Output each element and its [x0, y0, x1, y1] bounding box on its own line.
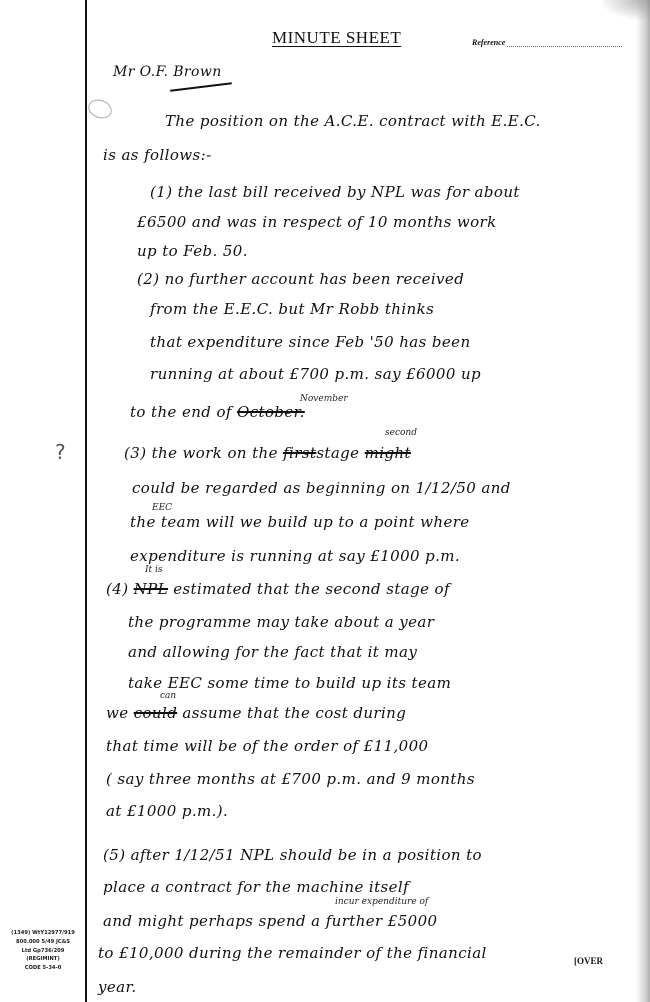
scan-edge-shading: [636, 0, 650, 1002]
insertion-incur-expenditure: incur expenditure of: [335, 897, 428, 907]
item-2-line-3: that expenditure since Feb '50 has been: [150, 333, 471, 351]
item-3: (3) the work on the firststage might: [124, 444, 411, 462]
struck-word: October.: [237, 403, 305, 421]
item-2: (2) no further account has been received: [137, 270, 464, 288]
insertion-second: second: [385, 428, 417, 438]
item-4-line-8: at £1000 p.m.).: [106, 802, 228, 820]
insertion-it-is: It is: [145, 565, 163, 575]
circle-mark: [86, 96, 115, 121]
item-number: (5): [103, 846, 125, 864]
item-1-line-3: up to Feb. 50.: [137, 242, 248, 260]
item-2-line-4: running at about £700 p.m. say £6000 up: [150, 365, 481, 383]
item-5-line-2: place a contract for the machine itself: [103, 878, 409, 896]
addressee: Mr O.F. Brown: [113, 64, 222, 80]
item-4-line-7: ( say three months at £700 p.m. and 9 mo…: [106, 770, 475, 788]
item-2-line-5: to the end of October.: [130, 403, 305, 421]
item-3-line-4: expenditure is running at say £1000 p.m.: [130, 547, 460, 565]
addressee-underline: [170, 82, 232, 92]
item-1-line-2: £6500 and was in respect of 10 months wo…: [137, 213, 497, 231]
item-number: (3): [124, 444, 146, 462]
margin-rule: [85, 0, 87, 1002]
insertion-november: November: [300, 394, 348, 404]
item-5-line-4: to £10,000 during the remainder of the f…: [98, 944, 487, 962]
margin-question-mark: ?: [55, 440, 66, 464]
insertion-can: can: [160, 691, 176, 701]
item-5-line-3: and might perhaps spend a further £5000: [103, 912, 438, 930]
reference-label: Reference: [472, 38, 505, 47]
item-4-line-5: we could assume that the cost during: [106, 704, 406, 722]
item-4-line-4: take EEC some time to build up its team: [128, 674, 451, 692]
item-3-line-3: the team will we build up to a point whe…: [130, 513, 470, 531]
intro-line-2: is as follows:-: [103, 146, 212, 164]
minute-sheet: MINUTE SHEET Reference Mr O.F. Brown The…: [0, 0, 650, 1002]
item-4-line-3: and allowing for the fact that it may: [128, 643, 417, 661]
item-1: (1) the last bill received by NPL was fo…: [150, 183, 520, 201]
item-number: (2): [137, 270, 159, 288]
reference-field: Reference: [472, 38, 622, 47]
over-label: [OVER: [574, 956, 603, 966]
item-2-line-2: from the E.E.C. but Mr Robb thinks: [150, 300, 434, 318]
insertion-eec: EEC: [152, 503, 172, 513]
item-4: (4) NPL estimated that the second stage …: [106, 580, 450, 598]
item-5-line-5: year.: [98, 978, 137, 996]
item-3-line-2: could be regarded as beginning on 1/12/5…: [132, 479, 511, 497]
item-4-line-2: the programme may take about a year: [128, 613, 434, 631]
printer-code: (1349) WtY12977/919 800.000 5/49 JC&S Lt…: [4, 929, 82, 973]
item-5: (5) after 1/12/51 NPL should be in a pos…: [103, 846, 482, 864]
intro-line-1: The position on the A.C.E. contract with…: [165, 112, 541, 130]
item-number: (4): [106, 580, 128, 598]
item-4-line-6: that time will be of the order of £11,00…: [106, 737, 428, 755]
reference-rule: [507, 39, 622, 47]
item-number: (1): [150, 183, 172, 201]
sheet-title: MINUTE SHEET: [272, 28, 401, 48]
